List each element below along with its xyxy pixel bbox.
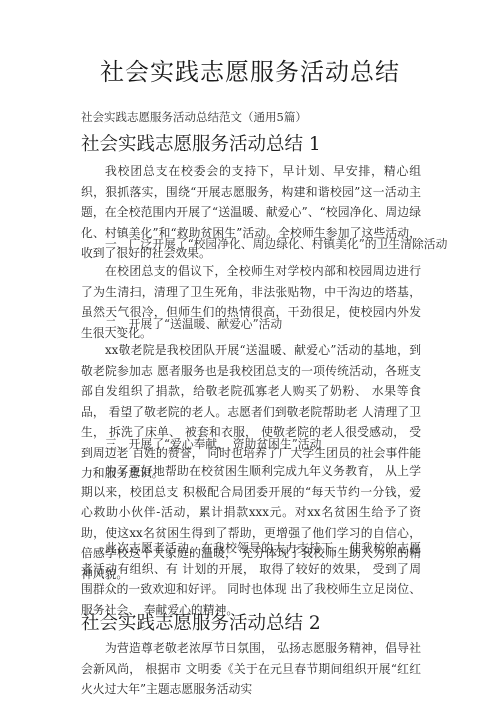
- section-2-heading: 社会实践志愿服务活动总结 2: [81, 609, 321, 635]
- section-1-item-1-heading: 一、广泛开展了“校园净化、周边绿化、村镇美化”的卫生清除活动: [105, 235, 447, 252]
- section-1-closing: 此次志愿者活动，在我校领导的大力支持下， 使我校的志愿者活动有组织、有 计划的开…: [81, 538, 421, 620]
- section-2-intro: 为营造尊老敬老浓厚节日氛围， 弘扬志愿服务精神，倡导社会新风尚， 根据市 文明委…: [81, 638, 421, 700]
- section-1-heading: 社会实践志愿服务活动总结 1: [81, 130, 321, 156]
- document-page: 社会实践志愿服务活动总结 社会实践志愿服务活动总结范文（通用5篇） 社会实践志愿…: [0, 0, 500, 707]
- section-1-item-3-heading: 三、开展了“爱心奉献， 资助贫困生”活动: [105, 435, 321, 452]
- section-1-closing-text: 此次志愿者活动，在我校领导的大力支持下， 使我校的志愿者活动有组织、有 计划的开…: [81, 538, 421, 620]
- section-2-intro-text: 为营造尊老敬老浓厚节日氛围， 弘扬志愿服务精神，倡导社会新风尚， 根据市 文明委…: [81, 638, 421, 700]
- section-1-item-2-heading: 二、开展了“送温暖、献爱心”活动: [105, 315, 282, 332]
- document-subtitle: 社会实践志愿服务活动总结范文（通用5篇）: [81, 109, 307, 125]
- document-title: 社会实践志愿服务活动总结: [0, 52, 500, 87]
